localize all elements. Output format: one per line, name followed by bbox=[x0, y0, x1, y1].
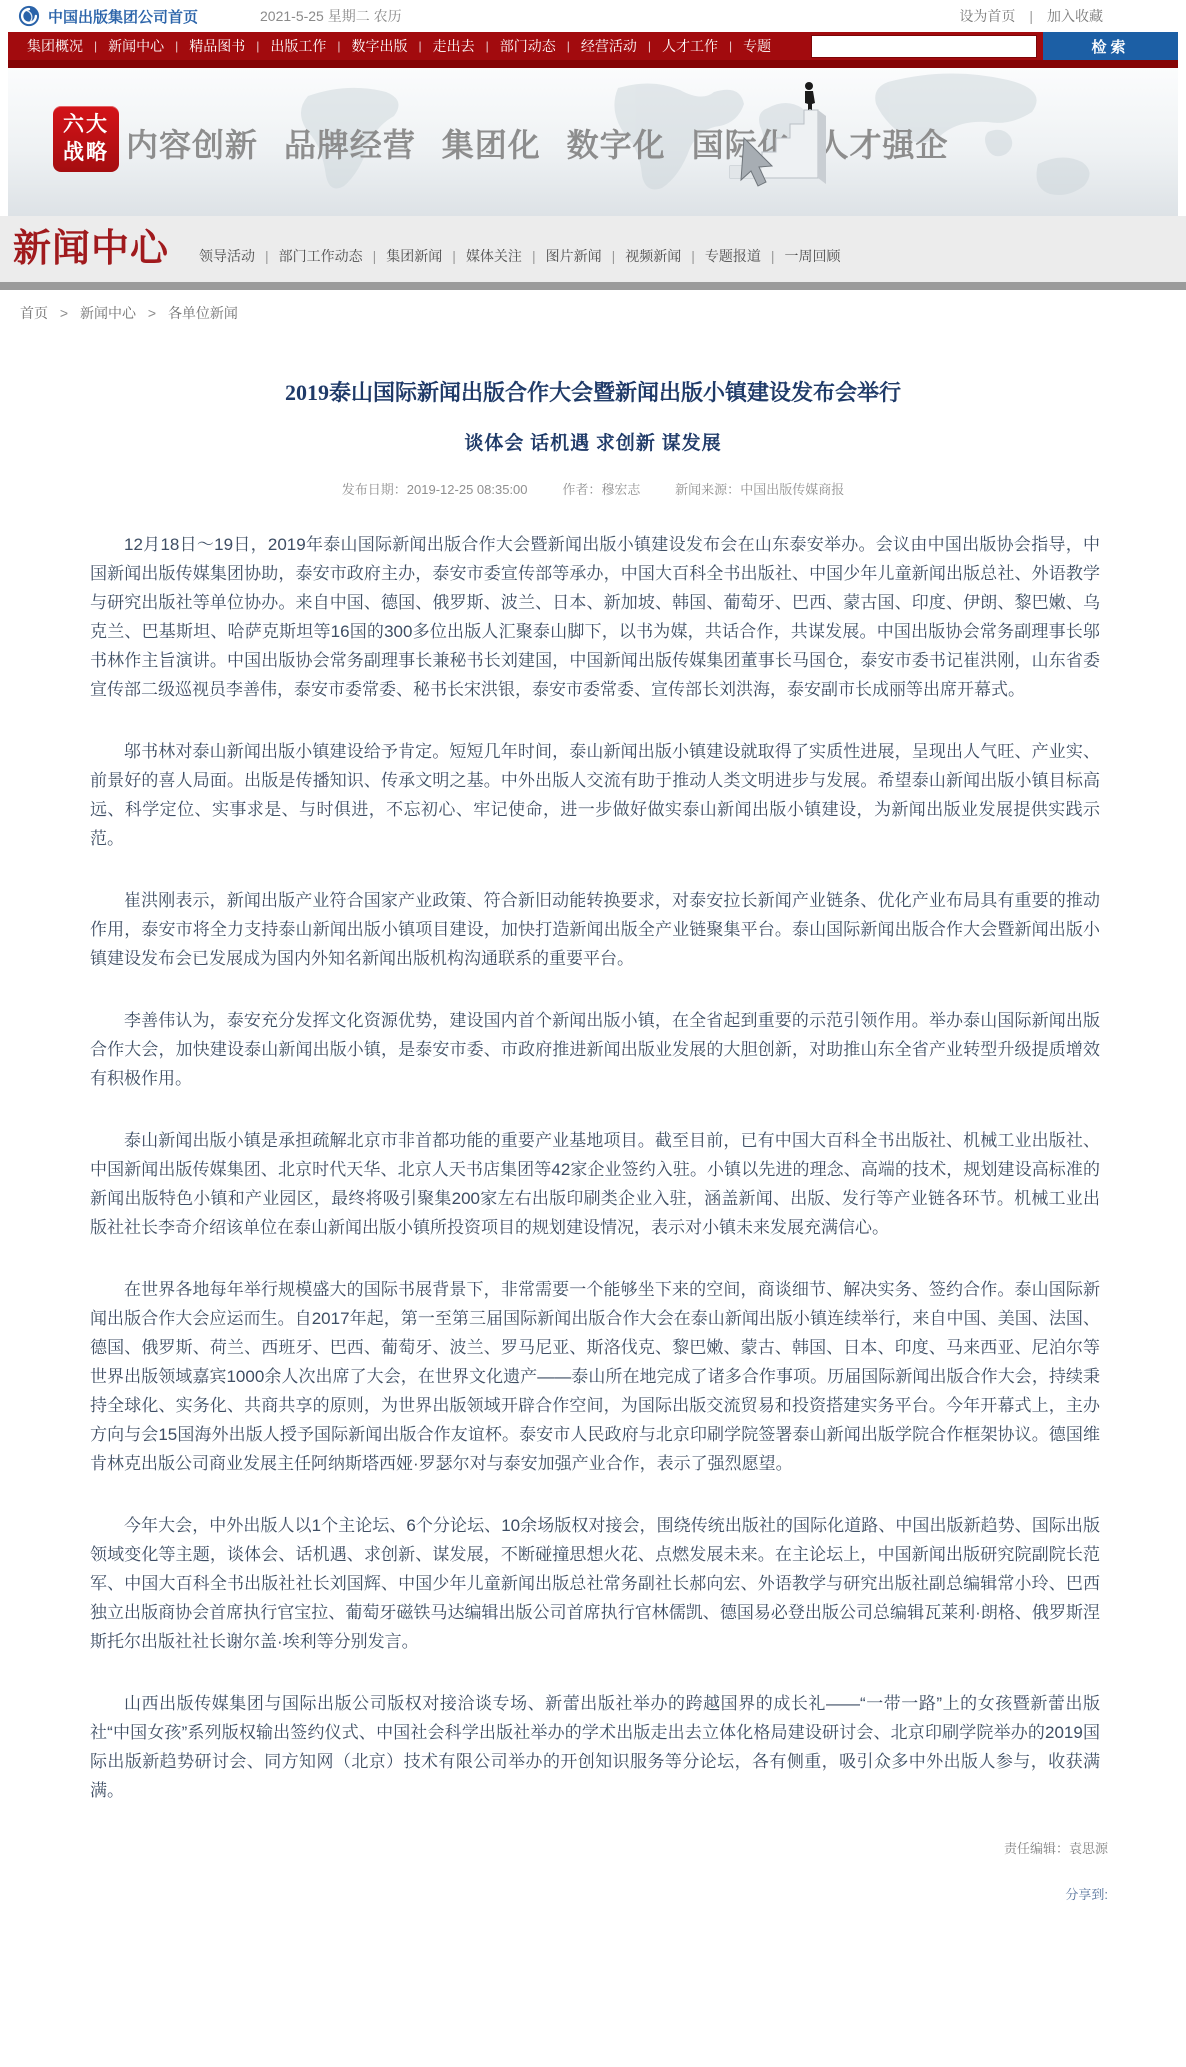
subnav-video-news[interactable]: 视频新闻 bbox=[615, 246, 691, 266]
page: 中国出版集团公司首页 2021-5-25 星期二 农历 设为首页 | 加入收藏 … bbox=[0, 0, 1186, 2067]
badge-line-2: 战略 bbox=[63, 139, 109, 167]
site-home-link[interactable]: 中国出版集团公司首页 bbox=[48, 6, 198, 27]
topbar-separator: | bbox=[1029, 8, 1033, 24]
nav-item-group-overview[interactable]: 集团概况 bbox=[16, 36, 94, 56]
article-body: 12月18日～19日，2019年泰山国际新闻出版合作大会暨新闻出版小镇建设发布会… bbox=[90, 530, 1100, 1805]
badge-line-1: 六大 bbox=[63, 111, 109, 139]
source-label: 新闻来源： bbox=[675, 482, 740, 497]
topbar-right: 设为首页 | 加入收藏 bbox=[959, 6, 1103, 26]
nav-item-going-global[interactable]: 走出去 bbox=[422, 36, 486, 56]
breadcrumb-separator: > bbox=[148, 305, 156, 321]
subnav-department-work[interactable]: 部门工作动态 bbox=[269, 246, 373, 266]
breadcrumb-home[interactable]: 首页 bbox=[20, 305, 48, 321]
breadcrumb-news-center[interactable]: 新闻中心 bbox=[80, 305, 136, 321]
gray-divider bbox=[0, 282, 1186, 290]
nav-item-news-center[interactable]: 新闻中心 bbox=[97, 36, 175, 56]
breadcrumb-separator: > bbox=[60, 305, 68, 321]
nav-item-digital-publishing[interactable]: 数字出版 bbox=[341, 36, 419, 56]
set-home-link[interactable]: 设为首页 bbox=[959, 6, 1015, 26]
share-link[interactable]: 分享到: bbox=[0, 1884, 1108, 1903]
six-strategies-badge: 六大 战略 bbox=[53, 106, 119, 172]
stairs-person-graphic bbox=[714, 74, 834, 210]
nav-item-publishing-work[interactable]: 出版工作 bbox=[259, 36, 337, 56]
topbar: 中国出版集团公司首页 2021-5-25 星期二 农历 设为首页 | 加入收藏 bbox=[0, 0, 1186, 32]
subnav-media-focus[interactable]: 媒体关注 bbox=[456, 246, 532, 266]
nav-item-fine-books[interactable]: 精品图书 bbox=[178, 36, 256, 56]
author-label: 作者： bbox=[562, 482, 601, 497]
person-icon bbox=[805, 82, 815, 110]
article-paragraph-8: 山西出版传媒集团与国际出版公司版权对接洽谈专场、新蕾出版社举办的跨越国界的成长礼… bbox=[90, 1689, 1100, 1805]
sub-nav: 领导活动 | 部门工作动态 | 集团新闻 | 媒体关注 | 图片新闻 | 视频新… bbox=[189, 246, 850, 266]
maroon-strip bbox=[8, 60, 1178, 68]
publish-date-value: 2019-12-25 08:35:00 bbox=[407, 482, 528, 497]
breadcrumb-current: 各单位新闻 bbox=[168, 305, 238, 321]
article-subtitle: 谈体会 话机遇 求创新 谋发展 bbox=[0, 428, 1186, 455]
article-paragraph-4: 李善伟认为，泰安充分发挥文化资源优势，建设国内首个新闻出版小镇，在全省起到重要的… bbox=[90, 1006, 1100, 1093]
publish-date-label: 发布日期： bbox=[342, 482, 407, 497]
section-title: 新闻中心 bbox=[13, 230, 169, 268]
editor-credit: 责任编辑：袁思源 bbox=[0, 1838, 1108, 1857]
article-paragraph-3: 崔洪刚表示，新闻出版产业符合国家产业政策、符合新旧动能转换要求，对泰安拉长新闻产… bbox=[90, 886, 1100, 973]
search-input[interactable] bbox=[811, 35, 1037, 58]
nav-item-special-topics[interactable]: 专题 bbox=[732, 36, 782, 56]
news-center-header: 新闻中心 领导活动 | 部门工作动态 | 集团新闻 | 媒体关注 | 图片新闻 … bbox=[0, 216, 1186, 282]
subnav-leader-activities[interactable]: 领导活动 bbox=[189, 246, 265, 266]
topbar-left: 中国出版集团公司首页 2021-5-25 星期二 农历 bbox=[18, 5, 959, 27]
nav-item-business-activities[interactable]: 经营活动 bbox=[570, 36, 648, 56]
breadcrumb: 首页 > 新闻中心 > 各单位新闻 bbox=[0, 290, 1186, 329]
date-text: 2021-5-25 星期二 农历 bbox=[260, 6, 402, 26]
source-value: 中国出版传媒商报 bbox=[740, 482, 844, 497]
site-logo-icon[interactable] bbox=[18, 5, 40, 27]
article-title: 2019泰山国际新闻出版合作大会暨新闻出版小镇建设发布会举行 bbox=[40, 376, 1146, 407]
search-button[interactable]: 检索 bbox=[1043, 32, 1178, 60]
article-paragraph-2: 邬书林对泰山新闻出版小镇建设给予肯定。短短几年时间，泰山新闻出版小镇建设就取得了… bbox=[90, 737, 1100, 853]
article-paragraph-7: 今年大会，中外出版人以1个主论坛、6个分论坛、10余场版权对接会，围绕传统出版社… bbox=[90, 1511, 1100, 1656]
author-value: 穆宏志 bbox=[601, 482, 640, 497]
article-paragraph-5: 泰山新闻出版小镇是承担疏解北京市非首都功能的重要产业基地项目。截至目前，已有中国… bbox=[90, 1126, 1100, 1242]
article: 2019泰山国际新闻出版合作大会暨新闻出版小镇建设发布会举行 谈体会 话机遇 求… bbox=[0, 376, 1186, 1903]
article-paragraph-1: 12月18日～19日，2019年泰山国际新闻出版合作大会暨新闻出版小镇建设发布会… bbox=[90, 530, 1100, 704]
main-nav: 集团概况 | 新闻中心 | 精品图书 | 出版工作 | 数字出版 | 走出去 |… bbox=[8, 32, 1178, 60]
strategy-banner: 六大 战略 内容创新 品牌经营 集团化 数字化 国际化 人才强企 bbox=[8, 68, 1178, 216]
nav-item-department-news[interactable]: 部门动态 bbox=[489, 36, 567, 56]
subnav-weekly-review[interactable]: 一周回顾 bbox=[775, 246, 851, 266]
subnav-special-reports[interactable]: 专题报道 bbox=[695, 246, 771, 266]
add-favorite-link[interactable]: 加入收藏 bbox=[1047, 6, 1103, 26]
article-paragraph-6: 在世界各地每年举行规模盛大的国际书展背景下，非常需要一个能够坐下来的空间，商谈细… bbox=[90, 1275, 1100, 1478]
subnav-photo-news[interactable]: 图片新闻 bbox=[536, 246, 612, 266]
article-meta: 发布日期：2019-12-25 08:35:00 作者：穆宏志 新闻来源：中国出… bbox=[0, 479, 1186, 498]
subnav-group-news[interactable]: 集团新闻 bbox=[376, 246, 452, 266]
cursor-icon bbox=[741, 138, 772, 186]
nav-item-talent-work[interactable]: 人才工作 bbox=[651, 36, 729, 56]
